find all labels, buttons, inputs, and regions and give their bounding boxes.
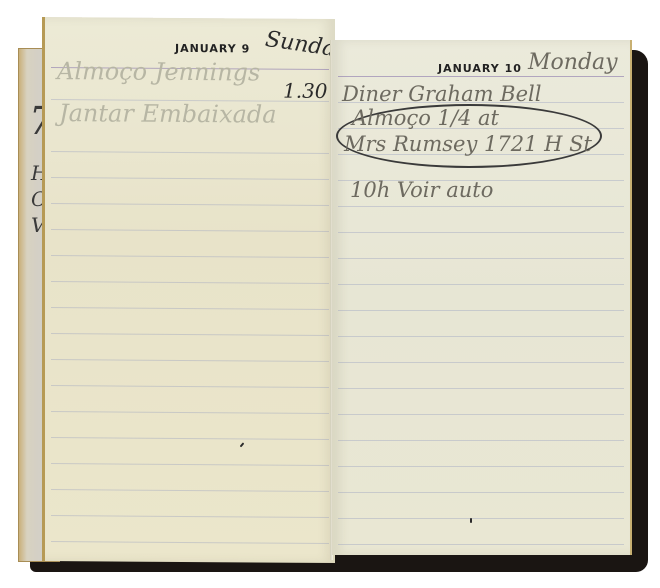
weekday-label: Monday <box>528 50 618 75</box>
date-label: JANUARY 10 <box>438 62 522 75</box>
header-rule <box>338 76 624 77</box>
ink-speck <box>470 518 472 523</box>
ink-speck <box>240 442 245 447</box>
right-page: JANUARY 10 Monday Diner Graham Bell Almo… <box>332 40 632 555</box>
diary-entry: Mrs Rumsey 1721 H St <box>344 132 592 156</box>
diary-entry: 10h Voir auto <box>350 178 493 202</box>
diary-entry: Almoço 1/4 at <box>352 106 499 130</box>
left-page: JANUARY 9 Sunday Almoço Jennings 1.30 Ja… <box>42 17 335 563</box>
date-label: JANUARY 9 <box>175 42 250 56</box>
diary-entry: Almoço Jennings <box>57 57 260 86</box>
diary-entry: Diner Graham Bell <box>342 82 541 106</box>
diary-entry: 1.30 <box>283 79 328 103</box>
diary-entry: Jantar Embaixada <box>59 99 277 129</box>
